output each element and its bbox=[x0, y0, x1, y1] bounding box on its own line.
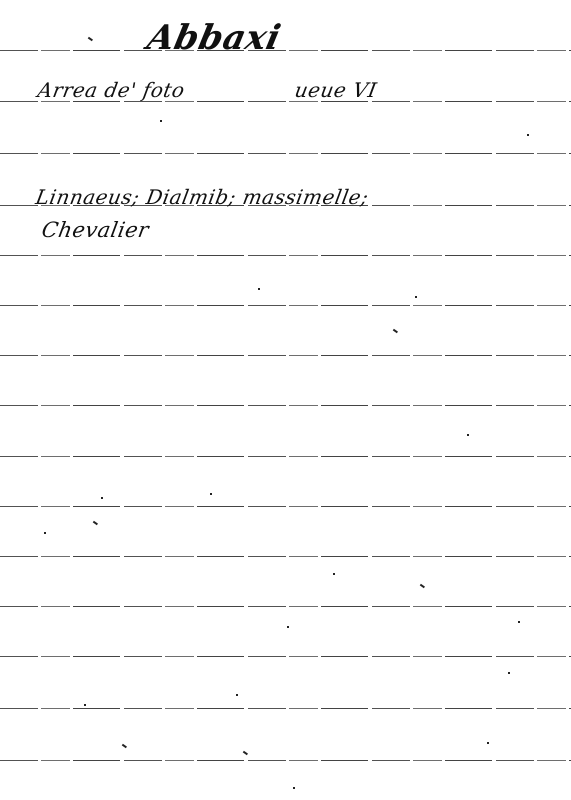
ruled-line bbox=[0, 255, 571, 256]
ruled-line bbox=[0, 355, 571, 356]
scan-artifact bbox=[122, 744, 127, 748]
ruled-line bbox=[0, 656, 571, 657]
scan-artifact bbox=[160, 120, 162, 122]
scan-artifact bbox=[393, 329, 398, 333]
scan-artifact bbox=[508, 672, 510, 674]
ruled-line bbox=[0, 708, 571, 709]
scan-artifact bbox=[467, 434, 469, 436]
scan-artifact bbox=[210, 493, 212, 495]
handwritten-line-1b: ueue VI bbox=[293, 78, 379, 102]
ruled-line bbox=[0, 556, 571, 557]
handwritten-line-1a: Arrea de' foto bbox=[36, 78, 187, 102]
scan-artifact bbox=[236, 694, 238, 696]
scan-artifact bbox=[44, 532, 46, 534]
ruled-line bbox=[0, 405, 571, 406]
ruled-line bbox=[0, 50, 571, 51]
scanned-card: Abbaxi Arrea de' foto ueue VI Linnaeus; … bbox=[0, 0, 571, 800]
ruled-line bbox=[0, 456, 571, 457]
handwritten-line-2: Linnaeus; Dialmib; massimelle; bbox=[34, 185, 371, 209]
scan-artifact bbox=[84, 704, 86, 706]
scan-artifact bbox=[333, 573, 335, 575]
ruled-line bbox=[0, 506, 571, 507]
scan-artifact bbox=[518, 621, 520, 623]
scan-artifact bbox=[243, 751, 248, 755]
ruled-line bbox=[0, 153, 571, 154]
handwritten-line-3: Chevalier bbox=[40, 218, 151, 242]
ruled-line bbox=[0, 760, 571, 761]
scan-artifact bbox=[487, 742, 489, 744]
scan-artifact bbox=[527, 134, 529, 136]
ruled-line bbox=[0, 606, 571, 607]
scan-artifact bbox=[258, 288, 260, 290]
scan-artifact bbox=[101, 497, 103, 499]
scan-artifact bbox=[293, 787, 295, 789]
card-title: Abbaxi bbox=[144, 18, 285, 58]
scan-artifact bbox=[415, 296, 417, 298]
scan-artifact bbox=[93, 521, 98, 525]
scan-artifact bbox=[420, 584, 425, 588]
ruled-line bbox=[0, 305, 571, 306]
scan-artifact bbox=[287, 626, 289, 628]
scan-artifact bbox=[88, 37, 93, 41]
